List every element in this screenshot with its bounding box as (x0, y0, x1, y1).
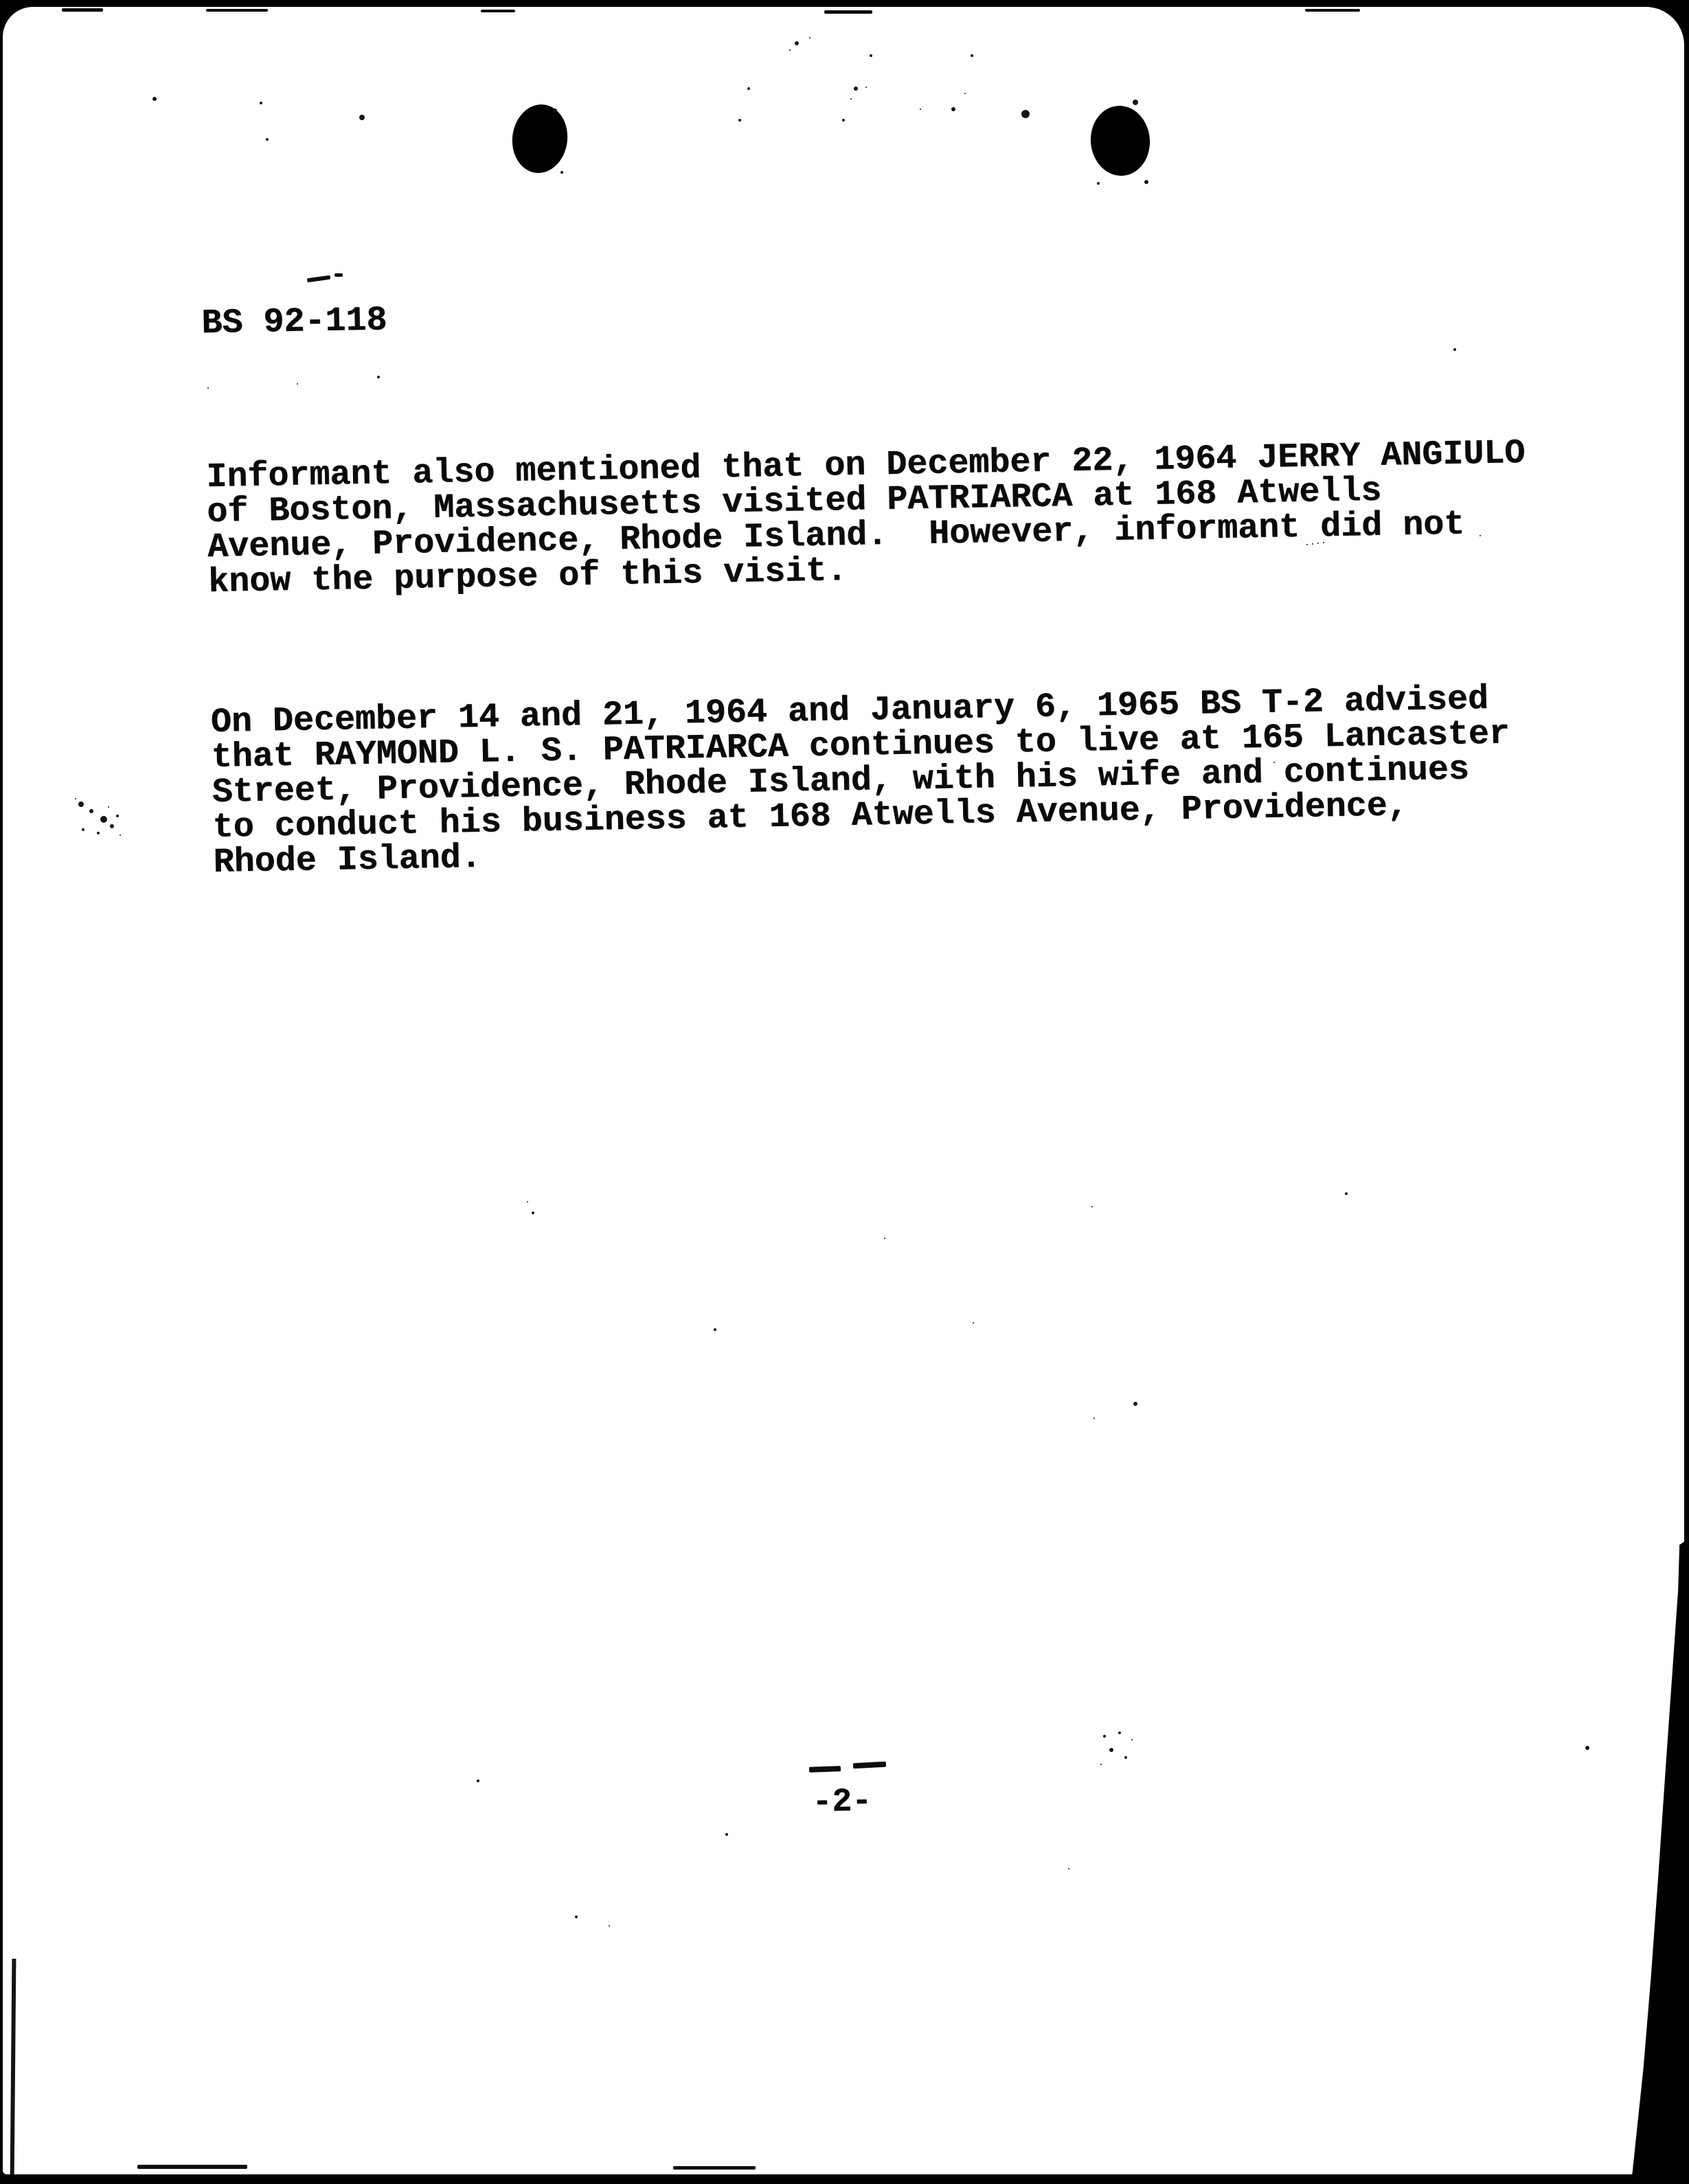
scan-edge-fragment (1305, 9, 1360, 12)
scanned-document-page: BS 92-118 Informant also mentioned that … (0, 0, 1689, 2184)
scan-edge-fragment (62, 8, 103, 12)
scan-edge-fragment (481, 10, 515, 12)
overstrike-mark (809, 1766, 841, 1773)
page-number: -2- (812, 1784, 872, 1821)
paragraph-informant-visit: Informant also mentioned that on Decembe… (206, 436, 1528, 600)
scan-edge-fragment (673, 2166, 756, 2170)
scan-edge-fragment (824, 10, 872, 14)
scan-edge-fragment (137, 2165, 247, 2169)
case-number: BS 92-118 (201, 303, 387, 341)
paragraph-patriarca-residence: On December 14 and 21, 1964 and January … (210, 681, 1532, 880)
overstrike-mark (335, 273, 343, 277)
scan-noise-specks (0, 0, 4, 4)
scan-edge-fragment (206, 9, 268, 12)
document-body: Informant also mentioned that on Decembe… (205, 366, 1534, 951)
